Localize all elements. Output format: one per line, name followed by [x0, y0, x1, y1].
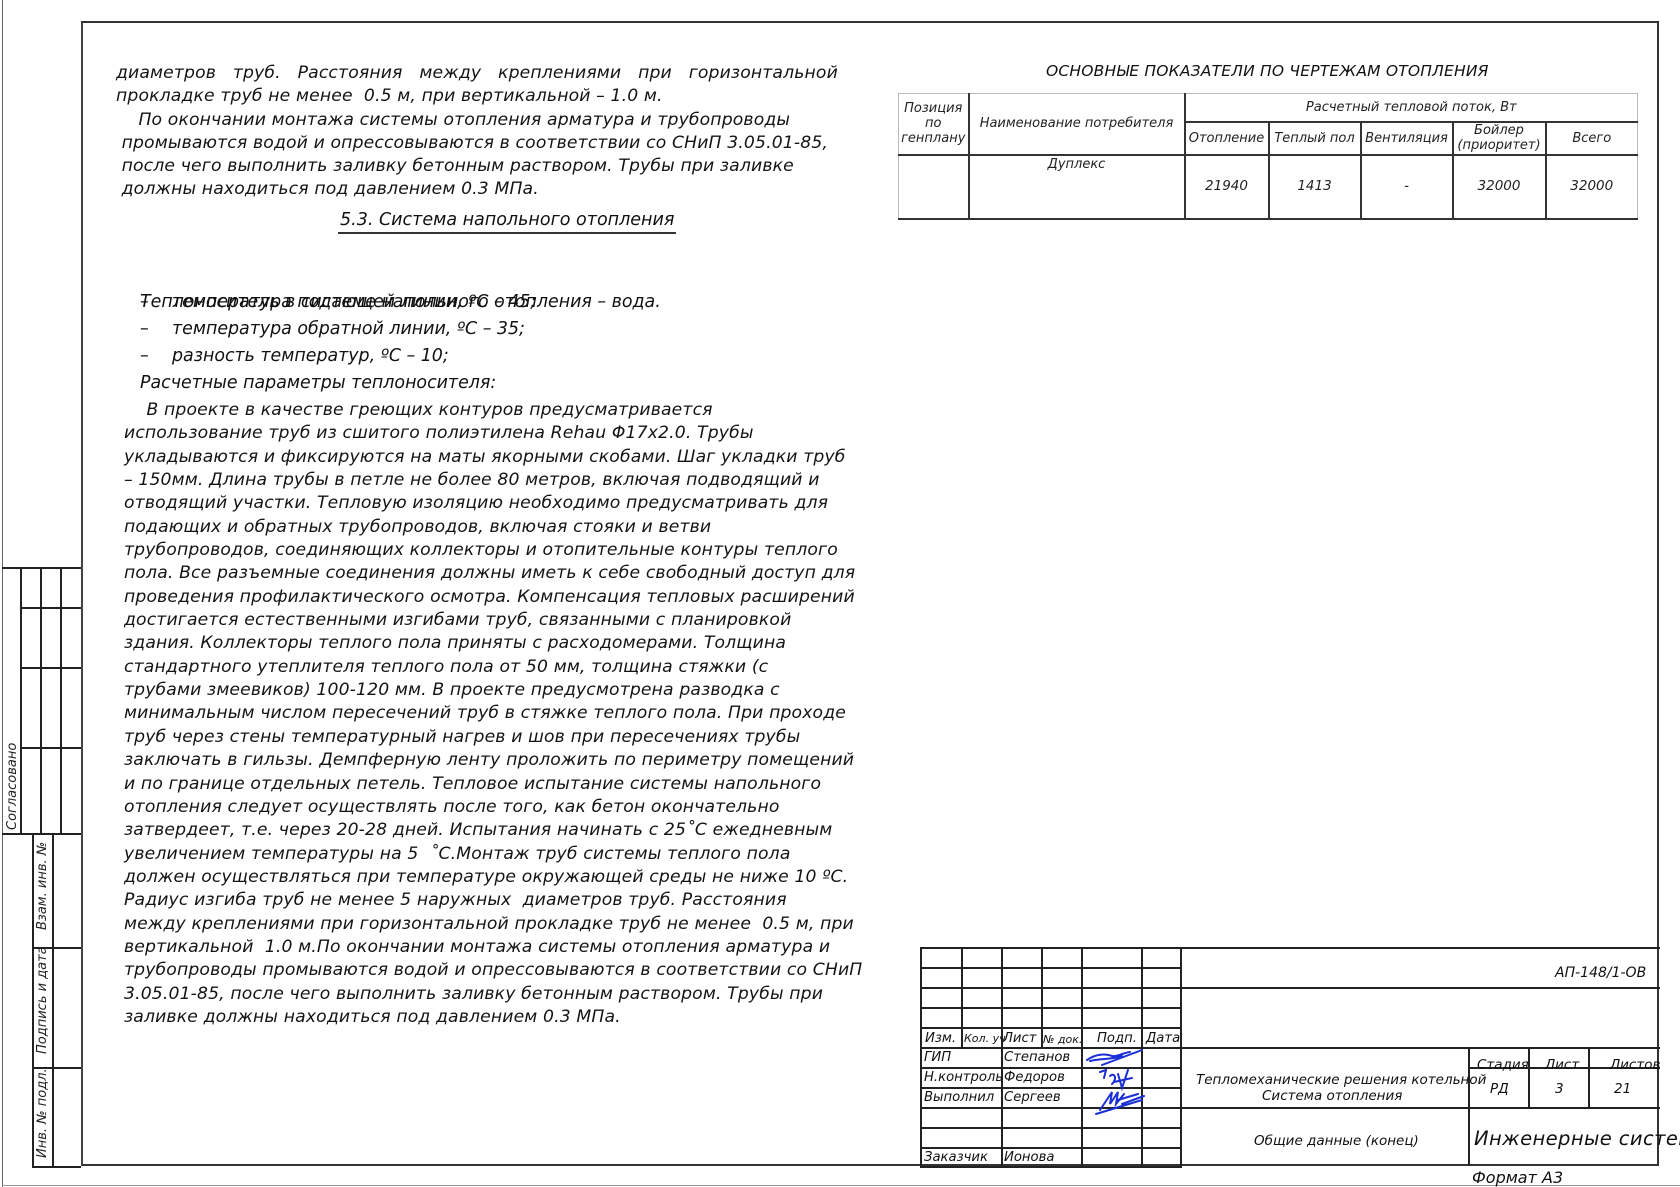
subheader-4: Всего: [1546, 122, 1638, 155]
text-line: проведения профилактического осмотра. Ко…: [124, 586, 862, 609]
text-line: трубами змеевиков) 100-120 мм. В проекте…: [124, 679, 862, 702]
param-text: температура подающей линии, ºС – 45;: [172, 289, 536, 316]
person-role: ГИП: [924, 1050, 951, 1066]
text-line: трубопроводов, соединяющих коллекторы и …: [124, 539, 862, 562]
text-line: Радиус изгиба труб не менее 5 наружных д…: [124, 889, 862, 912]
grid-line: [1588, 1047, 1590, 1107]
sheet-title: Общие данные (конец): [1254, 1133, 1419, 1149]
person-role: Н.контроль: [924, 1070, 1003, 1086]
bullet-dash: –: [140, 289, 172, 316]
text-line: 3.05.01-85, после чего выполнить заливку…: [124, 983, 862, 1006]
grid-line: [2, 833, 81, 835]
text-line: укладываются и фиксируются на маты якорн…: [124, 446, 862, 469]
cell-value-2: -: [1361, 155, 1453, 219]
text-line: труб через стены температурный нагрев и …: [124, 726, 862, 749]
bullet-dash: –: [140, 316, 172, 343]
header-name: Наименование потребителя: [969, 94, 1185, 155]
sheet-value: 3: [1555, 1081, 1564, 1097]
text-line: после чего выполнить заливку бетонным ра…: [116, 155, 838, 178]
person-role: Заказчик: [924, 1150, 988, 1166]
text-line: промываются водой и опрессовываются в со…: [116, 132, 838, 155]
text-line: трубопроводы промываются водой и опрессо…: [124, 959, 862, 982]
person-name: Федоров: [1004, 1070, 1065, 1086]
header-ndok: № док.: [1043, 1032, 1082, 1048]
text-line: использование труб из сшитого полиэтилен…: [124, 422, 862, 445]
text-line: В проекте в качестве греющих контуров пр…: [124, 399, 862, 422]
params-title: Расчетные параметры теплоносителя:: [140, 370, 661, 397]
cell-name: Дуплекс: [969, 155, 1185, 219]
sheets-value: 21: [1614, 1081, 1631, 1097]
outer-frame-bottom: [2, 1185, 1680, 1186]
grid-line: [1001, 947, 1003, 1166]
heat-table: Позицияпогенплану Наименование потребите…: [898, 93, 1638, 220]
person-name: Степанов: [1004, 1050, 1070, 1066]
object-title-line1: Тепломеханические решения котельной: [1196, 1072, 1486, 1088]
cell-value-3: 32000: [1453, 155, 1546, 219]
header-list: Лист: [1003, 1031, 1036, 1047]
grid-line: [32, 1166, 81, 1168]
label-replace-inv: Взам. инв. №: [35, 842, 50, 930]
subheader-1: Теплый пол: [1269, 122, 1361, 155]
title-block-left: [920, 947, 922, 1167]
text-line: и по границе отдельных петель. Тепловое …: [124, 773, 862, 796]
header-position-text: Позицияпогенплану: [901, 101, 965, 146]
label-inv-orig: Инв. № подл.: [35, 1068, 50, 1158]
text-line: стандартного утеплителя теплого пола от …: [124, 656, 862, 679]
grid-line: [1180, 987, 1660, 989]
doc-code: АП-148/1-ОВ: [1555, 965, 1646, 981]
format-label: Формат А3: [1472, 1170, 1563, 1186]
organization-name: Инженерные системы: [1474, 1131, 1680, 1147]
object-title-line2: Система отопления: [1262, 1088, 1402, 1104]
label-sign-date: Подпись и дата: [35, 946, 50, 1054]
heat-table-title: ОСНОВНЫЕ ПОКАЗАТЕЛИ ПО ЧЕРТЕЖАМ ОТОПЛЕНИ…: [1046, 62, 1489, 80]
subheader-3: Бойлер(приоритет): [1453, 122, 1546, 155]
header-position: Позицияпогенплану: [899, 94, 969, 155]
stage-label: Стадия: [1477, 1057, 1529, 1073]
text-line: минимальным числом пересечений труб в ст…: [124, 702, 862, 725]
stage-value: РД: [1490, 1081, 1509, 1097]
label-agreed: Согласовано: [5, 743, 20, 830]
paragraph-main: В проекте в качестве греющих контуров пр…: [124, 399, 862, 1029]
grid-line: [1528, 1047, 1530, 1107]
text-line: прокладке труб не менее 0.5 м, при верти…: [116, 85, 838, 108]
grid-line: [1468, 1047, 1470, 1166]
param-item: –температура подающей линии, ºС – 45;: [140, 289, 536, 316]
text-line: По окончании монтажа системы отопления а…: [116, 109, 838, 132]
grid-line: [32, 833, 34, 1167]
param-text: температура обратной линии, ºС – 35;: [172, 316, 525, 343]
text-line: должен осуществляться при температуре ок…: [124, 866, 862, 889]
header-izm: Изм.: [925, 1031, 956, 1047]
param-item: –температура обратной линии, ºС – 35;: [140, 316, 536, 343]
bullet-dash: –: [140, 343, 172, 370]
param-item: –разность температур, ºС – 10;: [140, 343, 536, 370]
text-line: заключать в гильзы. Демпферную ленту про…: [124, 749, 862, 772]
grid-line: [961, 947, 963, 1047]
param-text: разность температур, ºС – 10;: [172, 343, 449, 370]
cell-value-1: 1413: [1269, 155, 1361, 219]
grid-line: [20, 607, 81, 609]
text-line: вертикальной 1.0 м.По окончании монтажа …: [124, 936, 862, 959]
person-name: Ионова: [1004, 1150, 1054, 1166]
header-heat-flow: Расчетный тепловой поток, Вт: [1185, 94, 1638, 122]
text-line: здания. Коллекторы теплого пола приняты …: [124, 632, 862, 655]
text-line: заливке должны находиться под давлением …: [124, 1006, 862, 1029]
subheader-2: Вентиляция: [1361, 122, 1453, 155]
sheet-label: Лист: [1545, 1057, 1579, 1073]
text-line: отводящий участки. Тепловую изоляцию нео…: [124, 492, 862, 515]
text-line: отопления следует осуществлять после тог…: [124, 796, 862, 819]
header-kol: Кол. уч: [964, 1031, 1006, 1047]
section-heading: 5.3. Система напольного отопления: [338, 209, 676, 234]
person-name: Сергеев: [1004, 1090, 1061, 1106]
text-line: подающих и обратных трубопроводов, включ…: [124, 516, 862, 539]
text-line: пола. Все разъемные соединения должны им…: [124, 562, 862, 585]
grid-line: [1180, 1107, 1660, 1109]
text-line: затвердеет, т.е. через 20-28 дней. Испыт…: [124, 819, 862, 842]
grid-line: [20, 747, 81, 749]
grid-line: [52, 833, 54, 1167]
grid-line: [20, 667, 81, 669]
header-data: Дата: [1146, 1031, 1180, 1047]
signatures: [1082, 1048, 1152, 1118]
paragraph-top: диаметров труб. Расстояния между креплен…: [116, 62, 838, 202]
grid-line: [920, 1166, 1182, 1168]
person-role: Выполнил: [924, 1090, 994, 1106]
cell-value-4: 32000: [1546, 155, 1638, 219]
params-list: –температура подающей линии, ºС – 45;–те…: [140, 289, 536, 370]
cell-position: [899, 155, 969, 219]
text-line: между креплениями при горизонтальной про…: [124, 913, 862, 936]
grid-line: [1180, 947, 1182, 1166]
text-line: достигается естественными изгибами труб,…: [124, 609, 862, 632]
cell-value-0: 21940: [1185, 155, 1269, 219]
text-line: увеличением температуры на 5 ˚С.Монтаж т…: [124, 843, 862, 866]
subheader-0: Отопление: [1185, 122, 1269, 155]
sheets-label: Листов: [1610, 1057, 1660, 1073]
text-line: диаметров труб. Расстояния между креплен…: [116, 62, 838, 85]
text-line: должны находиться под давлением 0.3 МПа.: [116, 178, 838, 201]
text-line: – 150мм. Длина трубы в петле не более 80…: [124, 469, 862, 492]
outer-frame-left: [2, 0, 3, 1187]
header-podp: Подп.: [1097, 1031, 1137, 1047]
